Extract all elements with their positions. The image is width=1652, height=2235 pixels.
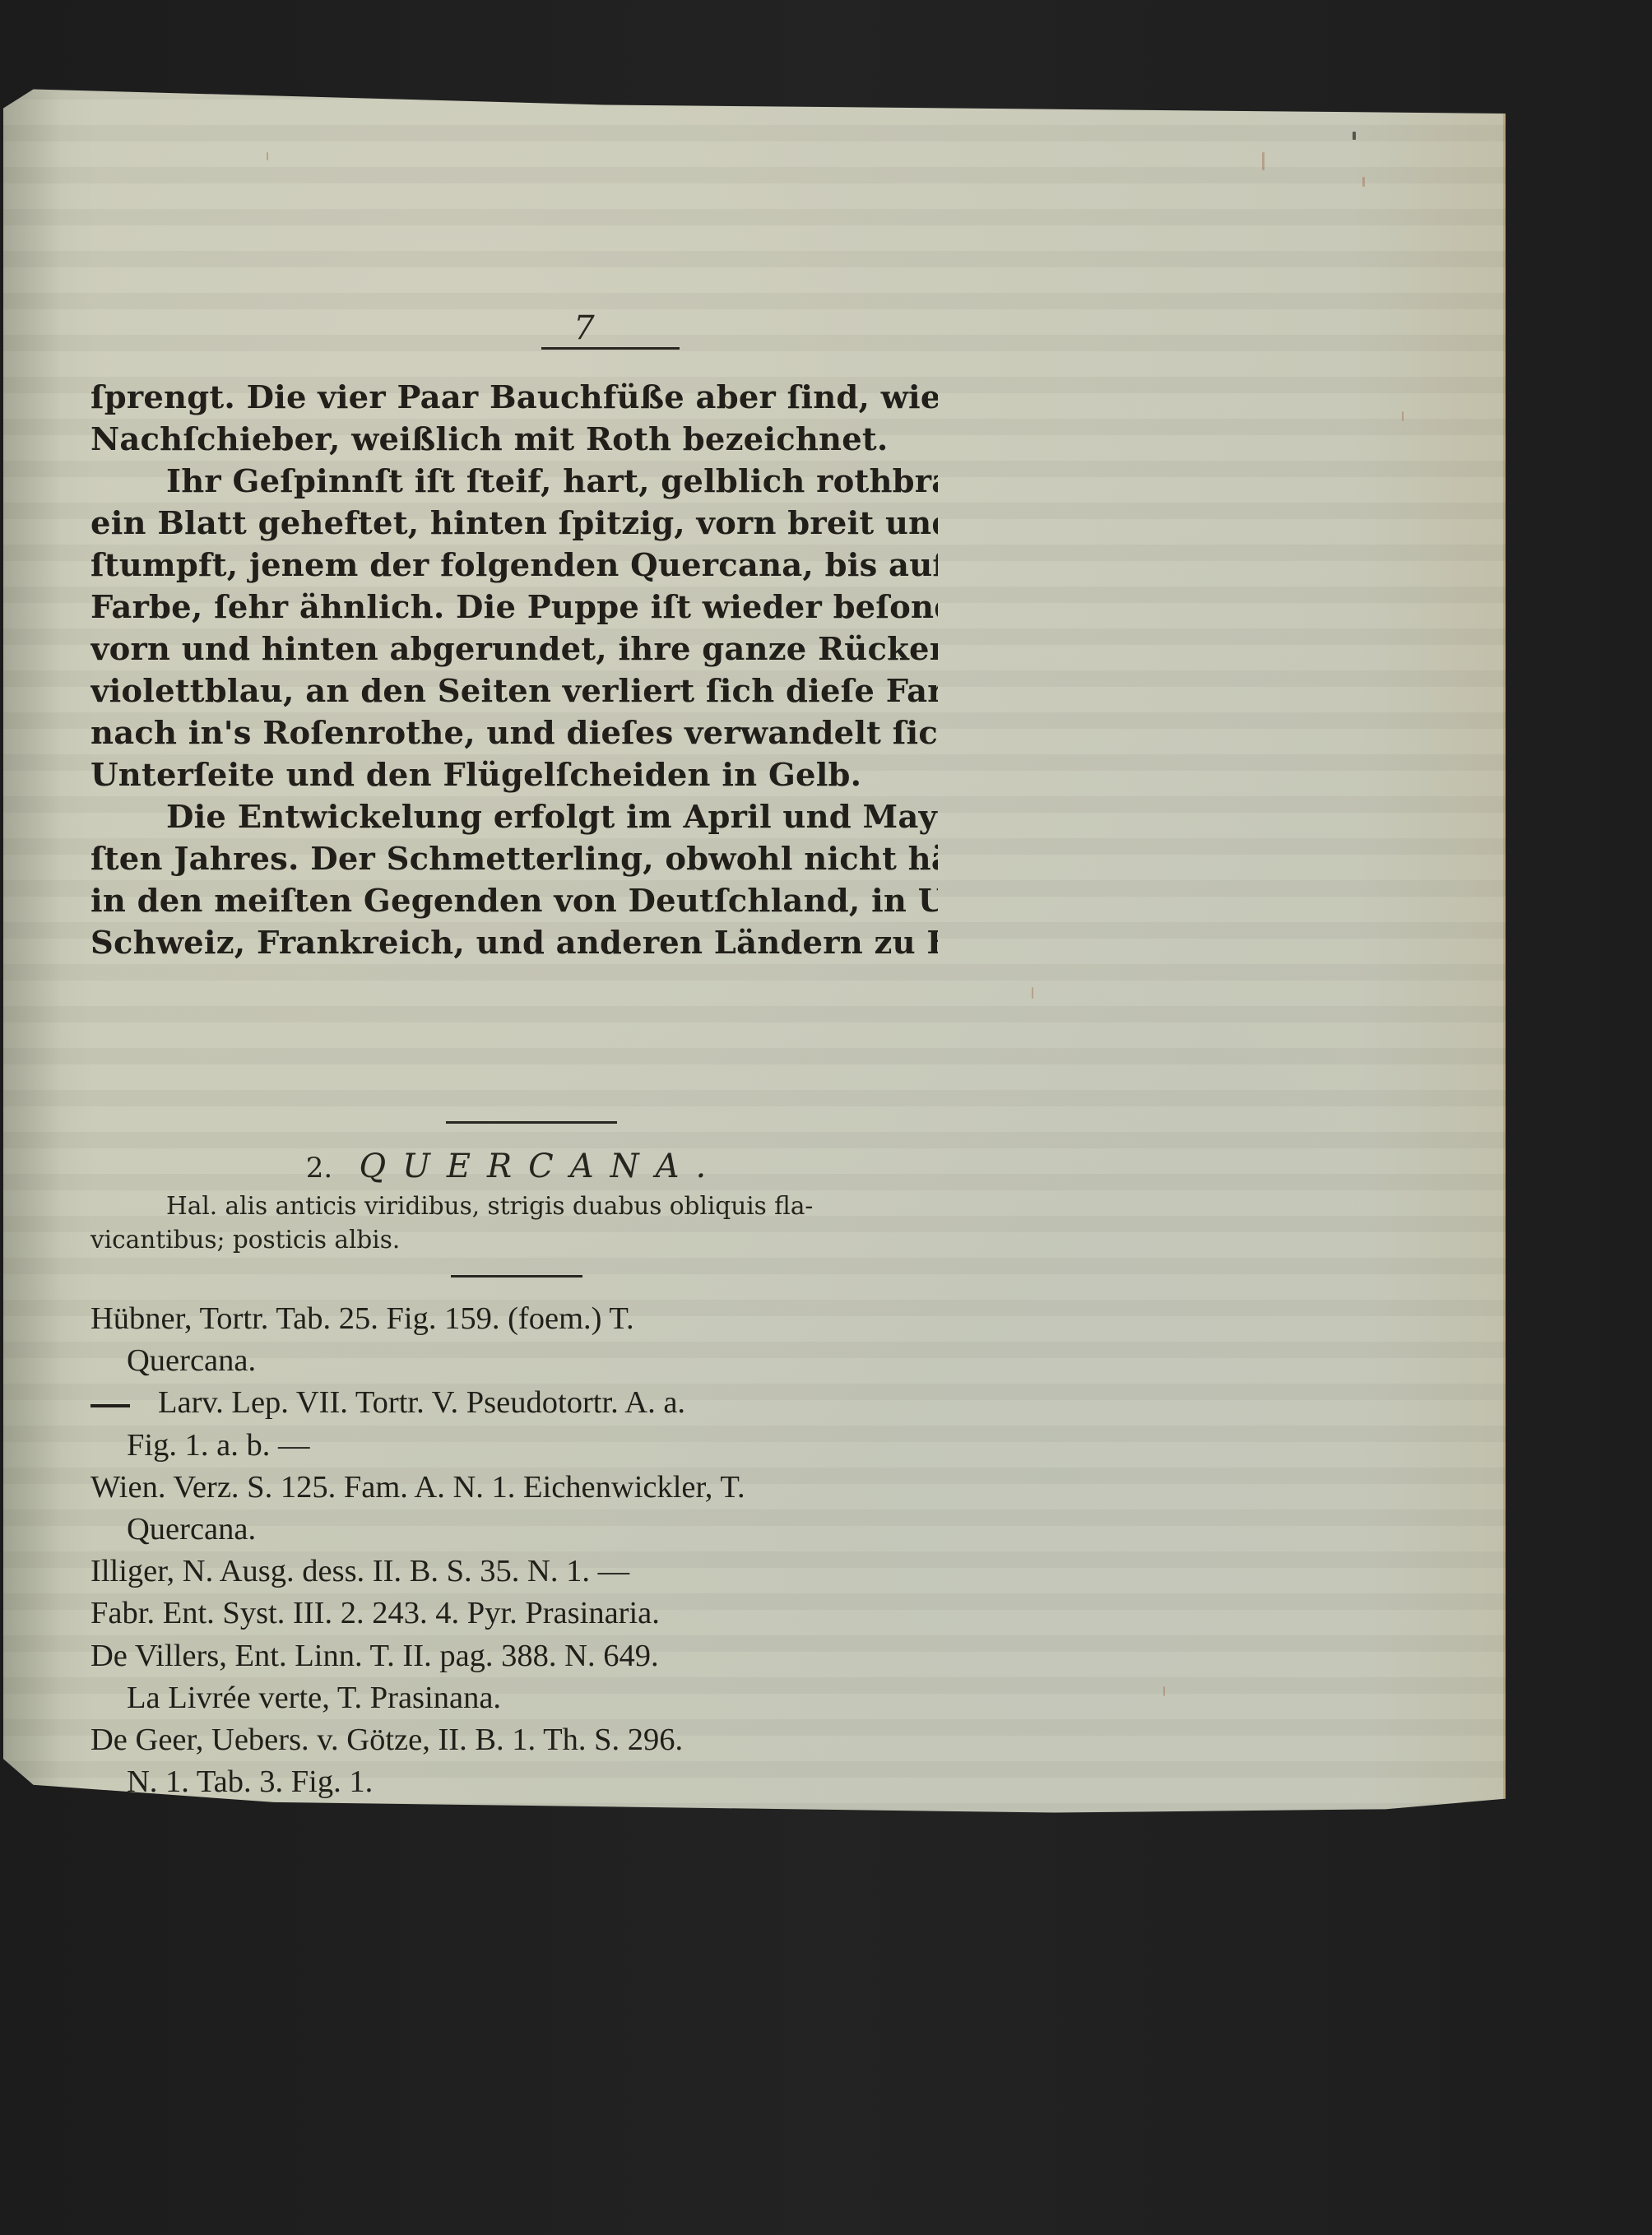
species-diagnosis: Hal. alis anticis viridibus, strigis dua… (90, 1189, 938, 1257)
ditto-dash (90, 1404, 130, 1407)
scan-background: 7 ſprengt. Die vier Paar Bauchfüße aber … (0, 0, 1652, 2235)
paper-speck (1402, 411, 1404, 421)
reference-line: rana. (90, 1845, 938, 1887)
text-line: vorn und hinten abgerundet, ihre ganze R… (90, 628, 938, 670)
paper-speck (1362, 177, 1365, 187)
page-number-rule (541, 347, 680, 350)
reference-entry: Fabr. Ent. Syst. III. 2. 243. 4. Pyr. Pr… (90, 1593, 938, 1635)
paper-speck (464, 1810, 466, 1818)
text-line: violettblau, an den Seiten verliert ſich… (90, 670, 938, 712)
reference-entry: Schrank, Faun. boic. II. B. 2. Abth. S. … (90, 1888, 938, 1972)
paragraph-1: ſprengt. Die vier Paar Bauchfüße aber ſi… (90, 377, 938, 461)
reference-line: Quercana. (90, 1340, 938, 1382)
text-line: Die Entwickelung erfolgt im April und Ma… (90, 796, 938, 838)
reference-line: La Livrée verte, T. Prasinana. (90, 1677, 938, 1719)
reference-line: De Geer, Uebers. v. Götze, II. B. 1. Th.… (90, 1719, 938, 1761)
reference-entry: Illiger, N. Ausg. dess. II. B. S. 35. N.… (90, 1551, 938, 1593)
diagnosis-line: Hal. alis anticis viridibus, strigis dua… (90, 1189, 938, 1223)
reference-entry: Fueßly, Schweiz. Ins. S. 41. N. 798. Ph.… (90, 1803, 938, 1887)
section-number: 2. (306, 1152, 332, 1185)
text-line: Schweiz, Frankreich, und anderen Ländern… (90, 922, 938, 964)
paragraph-2: Ihr Geſpinnſt iſt ſteif, hart, gelblich … (90, 461, 938, 796)
page-number: 7 (502, 309, 666, 347)
text-line: nach in's Roſenrothe, und dieſes verwand… (90, 712, 938, 754)
text-line: ſtumpft, jenem der folgenden Quercana, b… (90, 545, 938, 587)
reference-line: T. Quercana. (90, 1930, 938, 1972)
reference-entry: De Villers, Ent. Linn. T. II. pag. 388. … (90, 1635, 938, 1719)
reference-line: Lang, Verz. 2. Ausg. S. 202. N. 1371. — (90, 1972, 938, 2014)
book-page: 7 ſprengt. Die vier Paar Bauchfüße aber … (3, 82, 1506, 1820)
reference-line: Fig. 1. a. b. — (90, 1425, 938, 1467)
reference-entry: Hübner, Tortr. Tab. 25. Fig. 159. (foem.… (90, 1298, 938, 1382)
reference-line: Fabr. Ent. Syst. III. 2. 243. 4. Pyr. Pr… (90, 1593, 938, 1635)
reference-line: Wien. Verz. S. 125. Fam. A. N. 1. Eichen… (90, 1467, 938, 1509)
gutter-shadow (3, 82, 61, 1820)
paper-speck (1032, 987, 1033, 999)
text-line: Unterſeite und den Flügelſcheiden in Gel… (90, 754, 938, 796)
section-title: QUERCANA. (359, 1148, 722, 1185)
reference-line: Illiger, N. Ausg. dess. II. B. S. 35. N.… (90, 1551, 938, 1593)
references-divider (451, 1275, 582, 1277)
reference-line: Hübner, Tortr. Tab. 25. Fig. 159. (foem.… (90, 1298, 938, 1340)
reference-line: Quercana. (90, 1509, 938, 1551)
text-line: ſprengt. Die vier Paar Bauchfüße aber ſi… (90, 377, 938, 419)
section-heading: 2. QUERCANA. (90, 1148, 938, 1185)
reference-line: Fueßly, Schweiz. Ins. S. 41. N. 798. Ph.… (90, 1803, 938, 1845)
text-line: ein Blatt geheftet, hinten ſpitzig, vorn… (90, 503, 938, 545)
section-divider (446, 1121, 617, 1124)
paper-speck (1262, 152, 1265, 170)
text-line: in den meiſten Gegenden von Deutſchland,… (90, 880, 938, 922)
paper-speck (1163, 1686, 1165, 1696)
reference-entry: Wien. Verz. S. 125. Fam. A. N. 1. Eichen… (90, 1467, 938, 1551)
text-line: Nachſchieber, weißlich mit Roth bezeichn… (90, 419, 938, 461)
reference-line: N. 1. Tab. 3. Fig. 1. (90, 1761, 938, 1803)
reference-line: De Villers, Ent. Linn. T. II. pag. 388. … (90, 1635, 938, 1677)
diagnosis-line: vicantibus; posticis albis. (90, 1223, 938, 1257)
body-text: ſprengt. Die vier Paar Bauchfüße aber ſi… (90, 377, 938, 964)
paper-speck (267, 152, 268, 160)
text-line: ſten Jahres. Der Schmetterling, obwohl n… (90, 838, 938, 880)
reference-line: Larv. Lep. VII. Tortr. V. Pseudotortr. A… (158, 1385, 685, 1420)
reference-entry: Lang, Verz. 2. Ausg. S. 202. N. 1371. — (90, 1972, 938, 2014)
text-line: Ihr Geſpinnſt iſt ſteif, hart, gelblich … (90, 461, 938, 503)
text-line: Farbe, ſehr ähnlich. Die Puppe iſt wiede… (90, 587, 938, 628)
references-list: Hübner, Tortr. Tab. 25. Fig. 159. (foem.… (90, 1298, 938, 2014)
paper-speck (1353, 132, 1356, 140)
reference-line: Schrank, Faun. boic. II. B. 2. Abth. S. … (90, 1888, 938, 1930)
paragraph-3: Die Entwickelung erfolgt im April und Ma… (90, 796, 938, 964)
reference-entry: Larv. Lep. VII. Tortr. V. Pseudotortr. A… (90, 1382, 938, 1466)
reference-entry: De Geer, Uebers. v. Götze, II. B. 1. Th.… (90, 1719, 938, 1803)
